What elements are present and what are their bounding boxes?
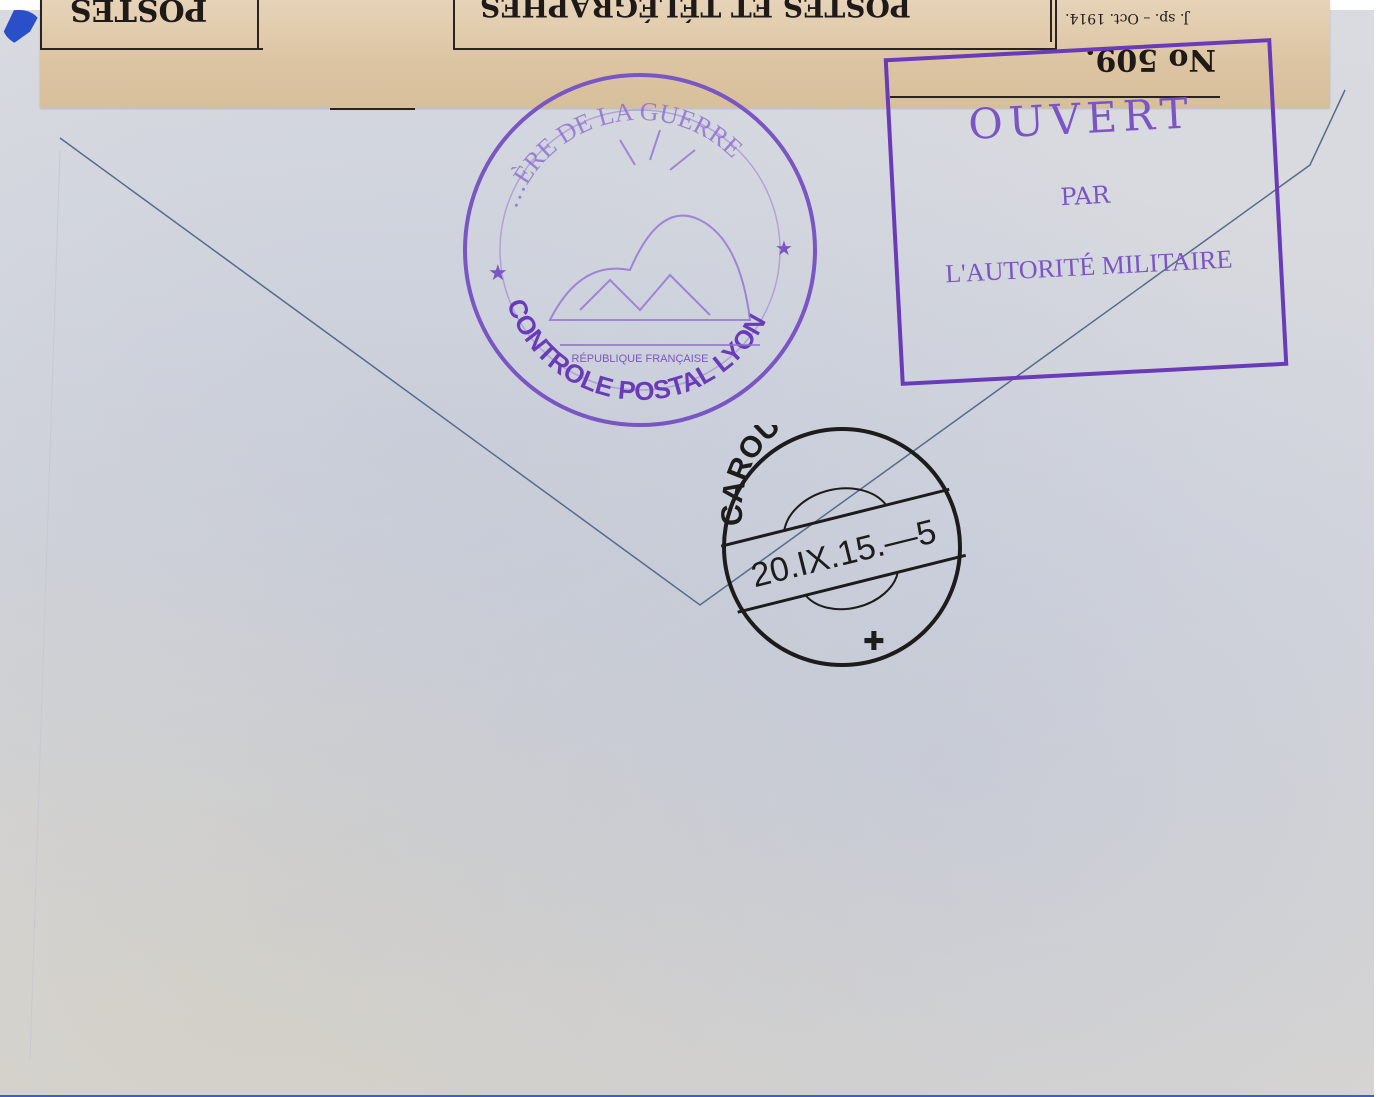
seal-bottom-text: CONTROLE POSTAL LYON xyxy=(501,294,772,406)
svg-text:CAROUGE: CAROUGE xyxy=(716,425,824,527)
postmark-town: CAROUGE xyxy=(716,425,824,527)
svg-text:✚: ✚ xyxy=(863,627,885,657)
svg-text:★: ★ xyxy=(488,261,508,286)
tape-rule xyxy=(95,48,263,50)
tape-divider xyxy=(1050,0,1052,42)
svg-text:★: ★ xyxy=(775,236,793,260)
ouvert-line-2: PAR xyxy=(895,172,1276,220)
tape-middle-label: POSTES ET TÉLÉGRAPHES xyxy=(480,0,911,23)
svg-text:CONTROLE POSTAL LYON: CONTROLE POSTAL LYON xyxy=(501,294,772,406)
postmark-date: 20.IX.15.—5 xyxy=(747,512,940,595)
seal-inner-text: RÉPUBLIQUE FRANÇAISE xyxy=(572,352,709,365)
ouvert-par-autorite-militaire-stamp: OUVERT PAR L'AUTORITÉ MILITAIRE xyxy=(884,38,1289,386)
carouge-postmark: 20.IX.15.—5 CAROUGE ✚ xyxy=(715,425,970,670)
ouvert-line-3: L'AUTORITÉ MILITAIRE xyxy=(898,242,1279,292)
tape-small-print: J. sp. – Oct. 1914. xyxy=(1065,10,1189,26)
tape-rule xyxy=(330,108,415,110)
ouvert-line-1: OUVERT xyxy=(890,84,1272,153)
controle-postal-lyon-seal: …ÈRE DE LA GUERRE CONTROLE POSTAL LYON ★… xyxy=(460,70,820,430)
tape-left-label: POSTES xyxy=(70,0,207,27)
